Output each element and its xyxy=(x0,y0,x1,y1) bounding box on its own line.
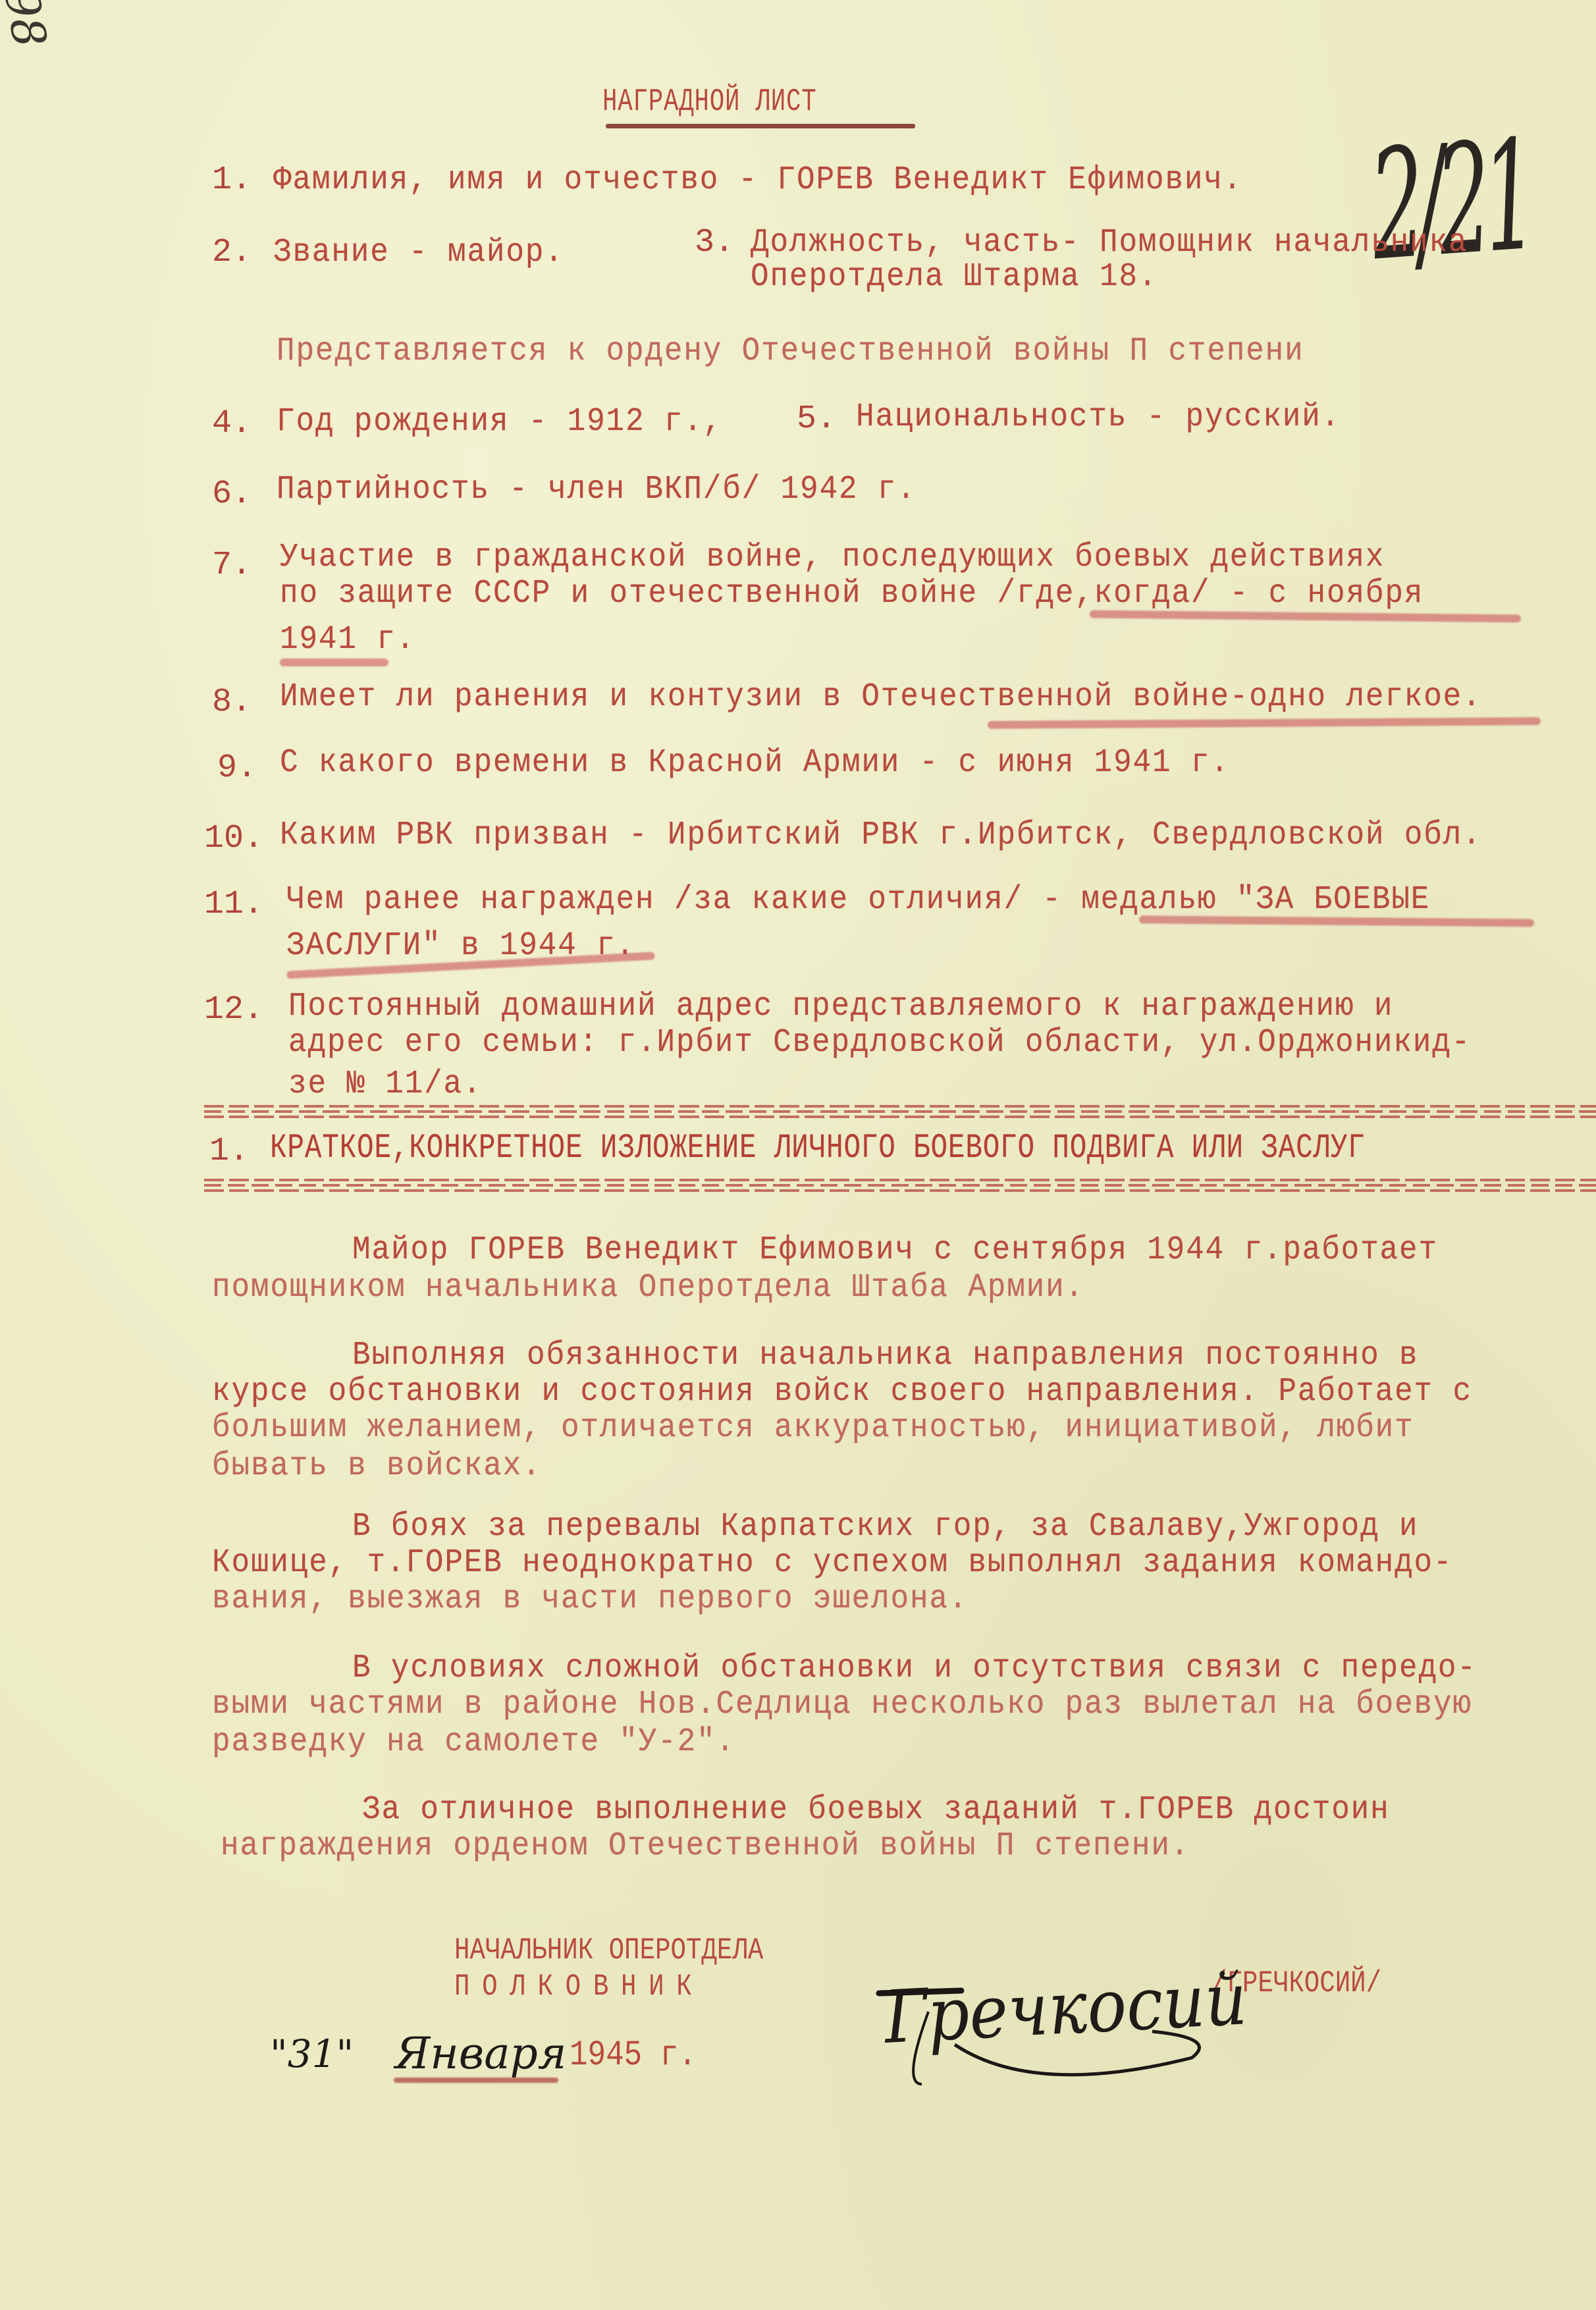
field-red-army-since: С какого времени в Красной Армии - с июн… xyxy=(280,744,1230,782)
narrative-p4-l1: В условиях сложной обстановки и отсутств… xyxy=(352,1650,1477,1688)
date-month-underline xyxy=(394,2078,558,2083)
narrative-p3-l3: вания, выезжая в части первого эшелона. xyxy=(212,1580,968,1619)
narrative-p1-l2: помощником начальника Оперотдела Штаба А… xyxy=(212,1269,1084,1307)
pencil-underline-7a xyxy=(1090,610,1521,623)
signer-position: НАЧАЛЬНИК ОПЕРОТДЕЛА xyxy=(454,1933,763,1968)
pencil-underline-7b xyxy=(280,658,388,666)
narrative-p3-l2: Кошице, т.ГОРЕВ неоднократно с успехом в… xyxy=(212,1544,1452,1582)
narrative-p4-l3: разведку на самолете "У-2". xyxy=(212,1723,735,1761)
field-position-cont: Оперотдела Штарма 18. xyxy=(751,258,1157,296)
section-divider-top xyxy=(204,1105,1596,1118)
section-divider-bottom xyxy=(204,1179,1596,1192)
narrative-p2-l1: Выполняя обязанности начальника направле… xyxy=(352,1337,1418,1375)
field-rank: Звание - майор. xyxy=(273,234,564,272)
narrative-p2-l4: бывать в войсках. xyxy=(212,1447,542,1486)
section-heading: КРАТКОЕ,КОНКРЕТНОЕ ИЗЛОЖЕНИЕ ЛИЧНОГО БОЕ… xyxy=(270,1129,1366,1168)
signature-flourish xyxy=(876,1985,1244,2091)
narrative-p2-l3: большим желанием, отличается аккуратност… xyxy=(212,1409,1414,1447)
field-number-11: 11. xyxy=(204,886,263,924)
date-day: "31" xyxy=(270,2031,354,2076)
field-number-3: 3. xyxy=(695,224,734,262)
field-number-7: 7. xyxy=(212,547,252,585)
field-war-participation-cont2: 1941 г. xyxy=(280,621,415,659)
narrative-p3-l1: В боях за перевалы Карпатских гор, за Св… xyxy=(352,1508,1418,1546)
pencil-underline-11a xyxy=(1139,915,1534,927)
field-birth-year: Год рождения - 1912 г., xyxy=(277,403,722,441)
narrative-p5-l2: награждения орденом Отечественной войны … xyxy=(221,1827,1190,1866)
field-number-9: 9. xyxy=(217,749,257,788)
field-full-name: Фамилия, имя и отчество - ГОРЕВ Венедикт… xyxy=(273,161,1242,200)
field-nationality: Национальность - русский. xyxy=(856,398,1341,437)
section-number: 1. xyxy=(209,1133,249,1171)
title-underline xyxy=(606,124,915,128)
field-number-4: 4. xyxy=(212,405,252,443)
field-number-8: 8. xyxy=(212,684,252,722)
field-party: Партийность - член ВКП/б/ 1942 г. xyxy=(277,471,917,509)
field-number-12: 12. xyxy=(204,991,263,1029)
field-home-address-cont2: зе № 11/а. xyxy=(288,1065,482,1104)
field-home-address-cont: адрес его семьи: г.Ирбит Свердловской об… xyxy=(288,1024,1471,1062)
field-war-participation: Участие в гражданской войне, последующих… xyxy=(280,539,1385,577)
date-year: 1945 г. xyxy=(570,2038,697,2074)
field-number-6: 6. xyxy=(212,475,252,514)
field-number-2: 2. xyxy=(212,234,252,272)
field-number-5: 5. xyxy=(797,400,836,439)
field-previous-awards: Чем ранее награжден /за какие отличия/ -… xyxy=(286,881,1430,919)
narrative-p1-l1: Майор ГОРЕВ Венедикт Ефимович с сентября… xyxy=(352,1231,1438,1270)
date-month: Января xyxy=(395,2028,567,2079)
field-number-10: 10. xyxy=(204,820,263,858)
field-number-1: 1. xyxy=(212,161,252,200)
field-wounds: Имеет ли ранения и контузии в Отечествен… xyxy=(280,678,1482,716)
corner-pencil-mark: 98 xyxy=(0,0,57,51)
narrative-p2-l2: курсе обстановки и состояния войск своег… xyxy=(212,1373,1472,1411)
narrative-p4-l2: выми частями в районе Нов.Седлица нескол… xyxy=(212,1686,1472,1724)
field-home-address: Постоянный домашний адрес представляемог… xyxy=(288,988,1393,1026)
signer-rank: ПОЛКОВНИК xyxy=(454,1969,704,2004)
field-position: Должность, часть- Помощник начальника xyxy=(751,224,1468,262)
document-title: НАГРАДНОЙ ЛИСТ xyxy=(602,84,816,120)
narrative-p5-l1: За отличное выполнение боевых заданий т.… xyxy=(362,1791,1390,1829)
field-war-participation-cont: по защите СССР и отечественной войне /гд… xyxy=(280,575,1423,613)
nomination-line: Представляется к ордену Отечественной во… xyxy=(277,333,1304,371)
pencil-underline-8 xyxy=(988,717,1541,729)
field-draft-office: Каким РВК призван - Ирбитский РВК г.Ирби… xyxy=(280,817,1482,855)
